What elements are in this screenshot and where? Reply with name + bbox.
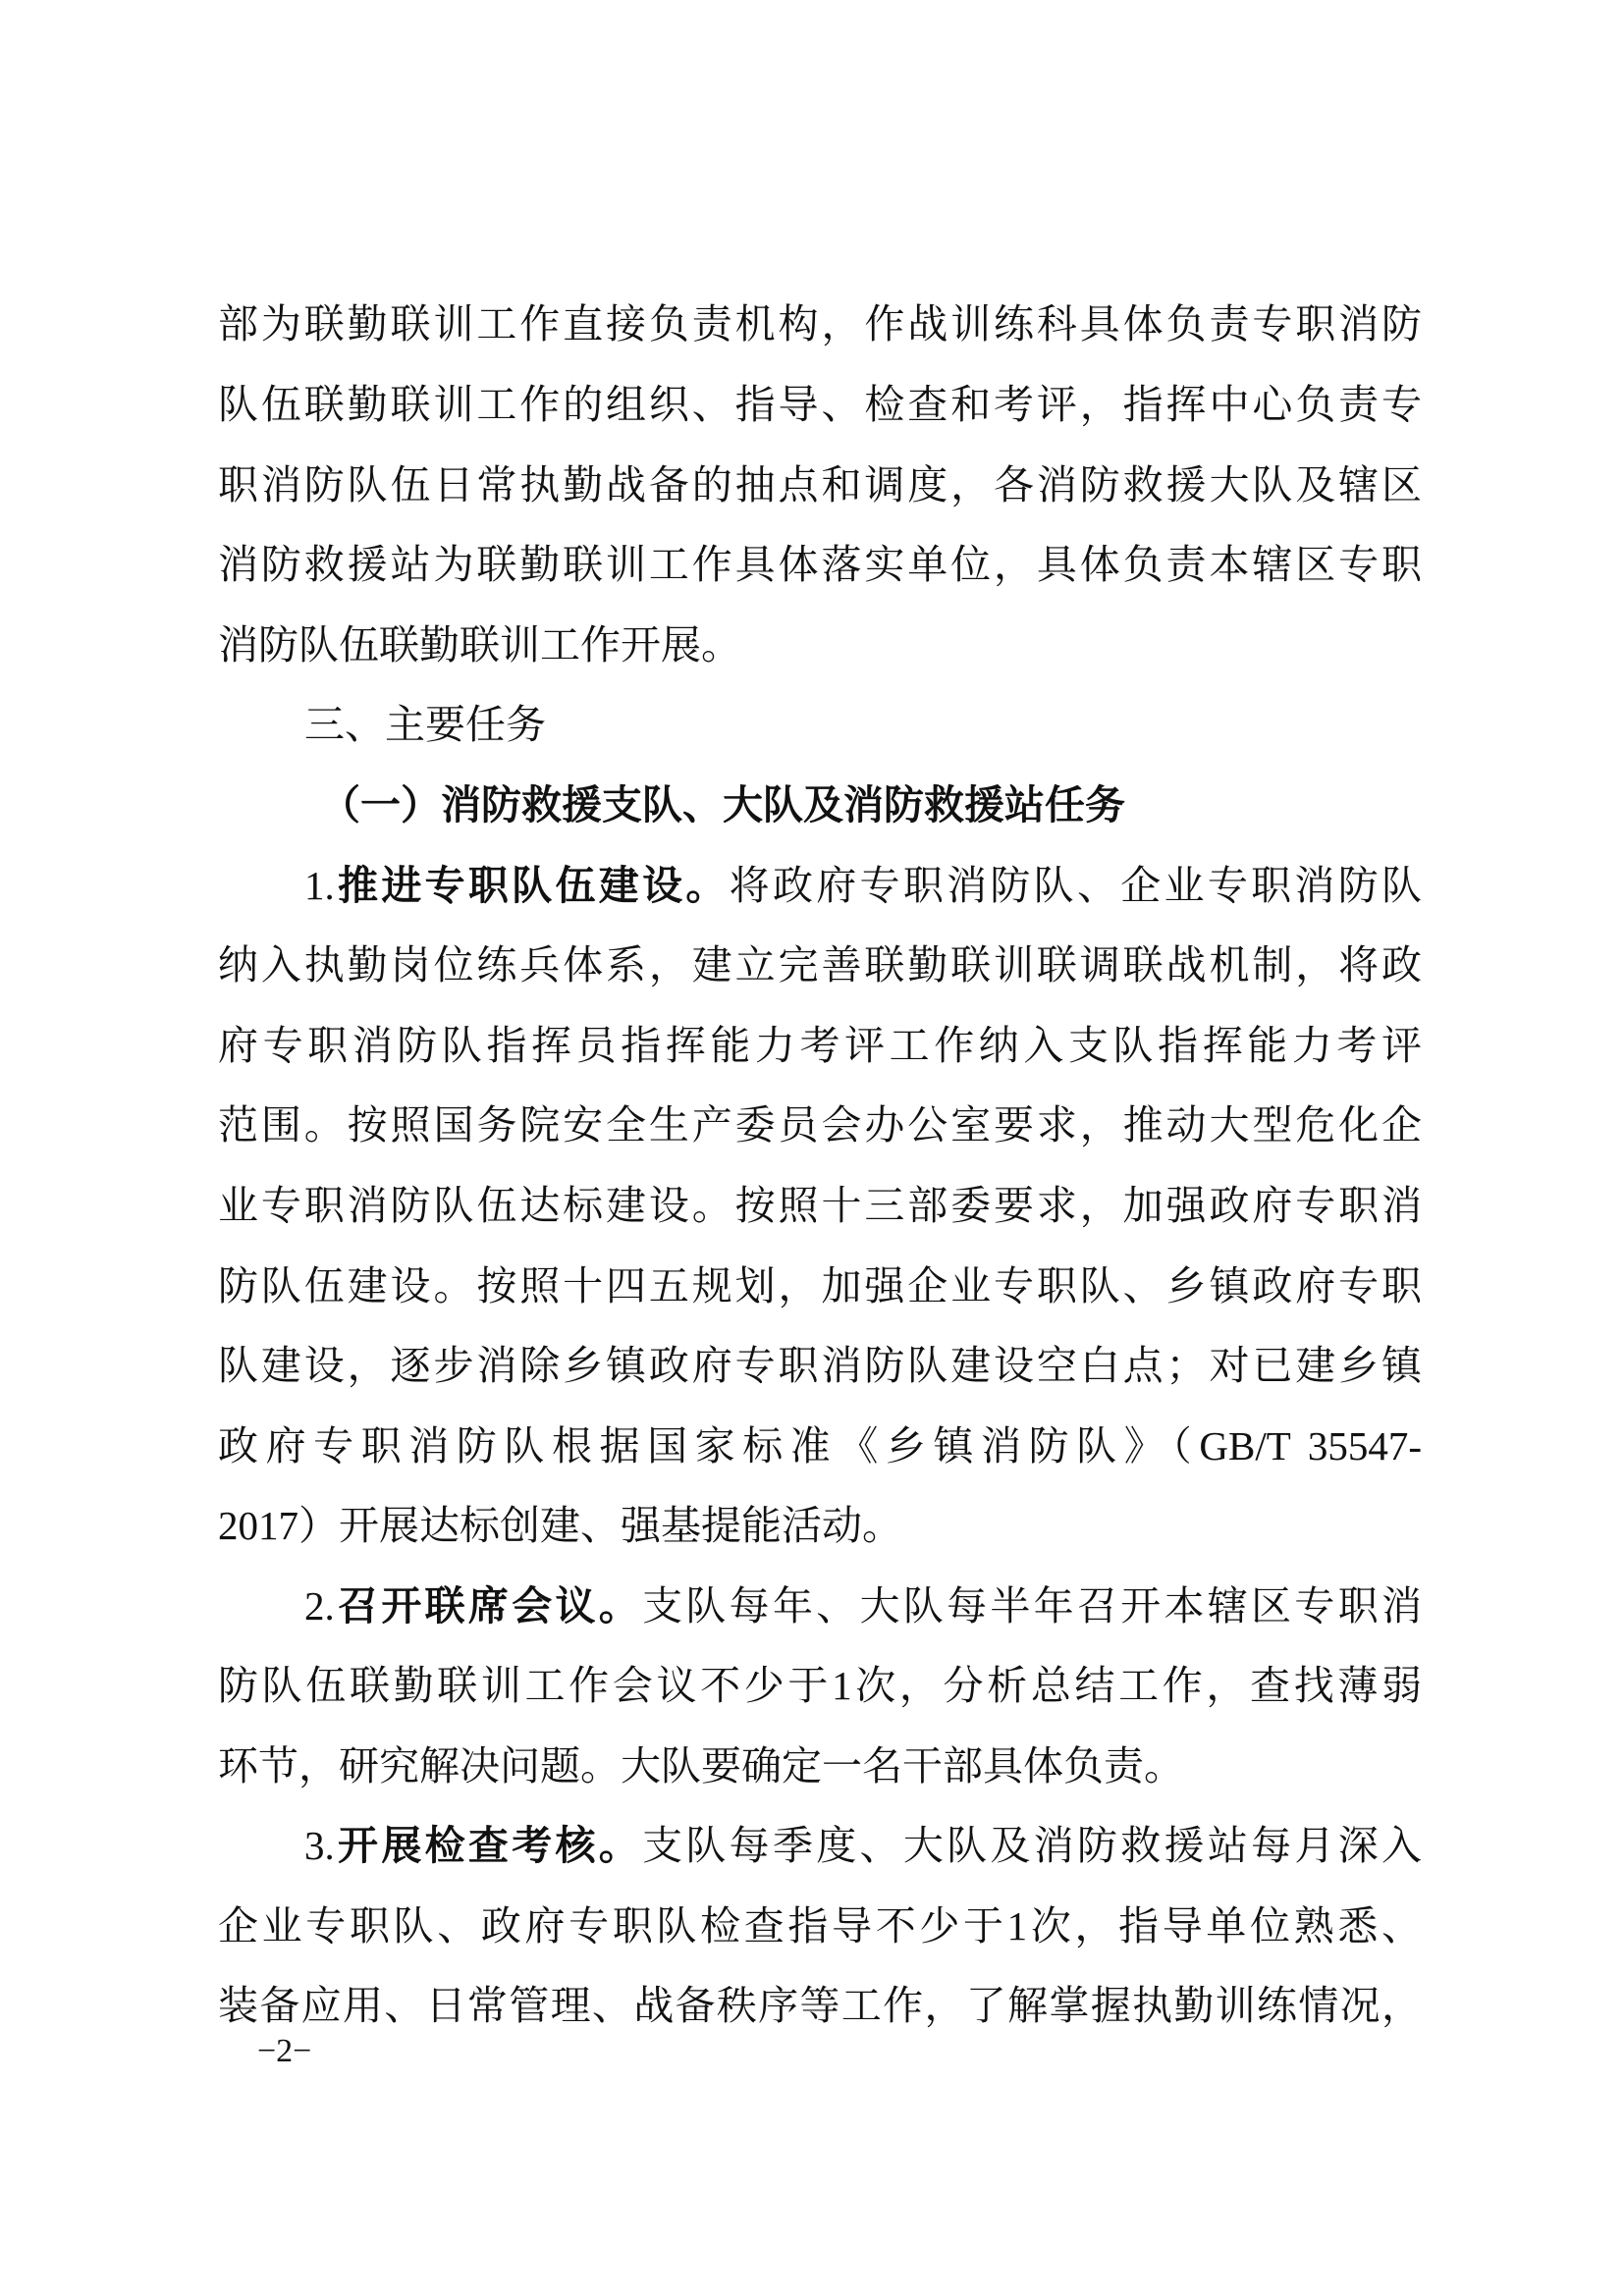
document-page: 部为联勤联训工作直接负责机构，作战训练科具体负责专职消防 队伍联勤联训工作的组织… [0, 0, 1624, 2296]
item-number: 1. [304, 863, 335, 908]
count-number: 1 [1007, 1903, 1028, 1949]
body-text-line: 环节，研究解决问题。大队要确定一名干部具体负责。 [218, 1740, 1422, 1791]
standard-reference-text: 政府专职消防队根据国家标准《乡镇消防队》（ [218, 1422, 1199, 1469]
item-number: 3. [304, 1823, 335, 1868]
standard-year: 2017 [218, 1503, 298, 1548]
body-text: 次，指导单位熟悉、 [1027, 1902, 1422, 1949]
item-title: 召开联席会议。 [335, 1582, 642, 1629]
body-text: 企业专职队、政府专职队检查指导不少于 [218, 1902, 1007, 1949]
item-number: 2. [304, 1583, 335, 1629]
body-text-line: 职消防队伍日常执勤战备的抽点和调度，各消防救援大队及辖区 [218, 459, 1422, 510]
item-3-first-line: 3.开展检查考核。支队每季度、大队及消防救援站每月深入 [218, 1820, 1422, 1871]
count-number: 1 [832, 1663, 852, 1708]
body-text-line: 队建设，逐步消除乡镇政府专职消防队建设空白点；对已建乡镇 [218, 1340, 1422, 1391]
item-text: 支队每季度、大队及消防救援站每月深入 [642, 1822, 1422, 1869]
body-text-line: 企业专职队、政府专职队检查指导不少于1次，指导单位熟悉、 [218, 1900, 1422, 1951]
body-text-line: 范围。按照国务院安全生产委员会办公室要求，推动大型危化企 [218, 1099, 1422, 1150]
body-text: 防队伍联勤联训工作会议不少于 [218, 1662, 832, 1709]
item-1-first-line: 1.推进专职队伍建设。将政府专职消防队、企业专职消防队 [218, 860, 1422, 911]
body-text-line: 防队伍建设。按照十四五规划，加强企业专职队、乡镇政府专职 [218, 1260, 1422, 1311]
body-text-line: 2017）开展达标创建、强基提能活动。 [218, 1500, 1422, 1551]
standard-code: GB/T 35547- [1199, 1423, 1422, 1468]
item-title: 推进专职队伍建设。 [335, 862, 730, 909]
body-text-line: 政府专职消防队根据国家标准《乡镇消防队》（GB/T 35547- [218, 1420, 1422, 1471]
item-title: 开展检查考核。 [335, 1822, 642, 1869]
item-2-first-line: 2.召开联席会议。支队每年、大队每半年召开本辖区专职消 [218, 1580, 1422, 1631]
body-text-line: 消防队伍联勤联训工作开展。 [218, 619, 1422, 670]
item-text: 支队每年、大队每半年召开本辖区专职消 [642, 1582, 1422, 1629]
body-text-line: 部为联勤联训工作直接负责机构，作战训练科具体负责专职消防 [218, 298, 1422, 349]
subsection-heading: （一）消防救援支队、大队及消防救援站任务 [218, 779, 1422, 830]
body-text-line: 队伍联勤联训工作的组织、指导、检查和考评，指挥中心负责专 [218, 379, 1422, 430]
section-heading: 三、主要任务 [218, 699, 1422, 750]
body-text-line: 防队伍联勤联训工作会议不少于1次，分析总结工作，查找薄弱 [218, 1660, 1422, 1711]
body-text-line: 消防救援站为联勤联训工作具体落实单位，具体负责本辖区专职 [218, 539, 1422, 590]
item-text: 将政府专职消防队、企业专职消防队 [730, 862, 1422, 909]
body-text: 次，分析总结工作，查找薄弱 [852, 1662, 1422, 1709]
body-text-line: 府专职消防队指挥员指挥能力考评工作纳入支队指挥能力考评 [218, 1020, 1422, 1071]
body-text-line: 装备应用、日常管理、战备秩序等工作，了解掌握执勤训练情况， [218, 1980, 1422, 2031]
page-number: −2− [257, 2032, 311, 2071]
body-text: ）开展达标创建、强基提能活动。 [298, 1502, 902, 1549]
body-text-line: 纳入执勤岗位练兵体系，建立完善联勤联训联调联战机制，将政 [218, 939, 1422, 990]
body-text-line: 业专职消防队伍达标建设。按照十三部委要求，加强政府专职消 [218, 1180, 1422, 1231]
